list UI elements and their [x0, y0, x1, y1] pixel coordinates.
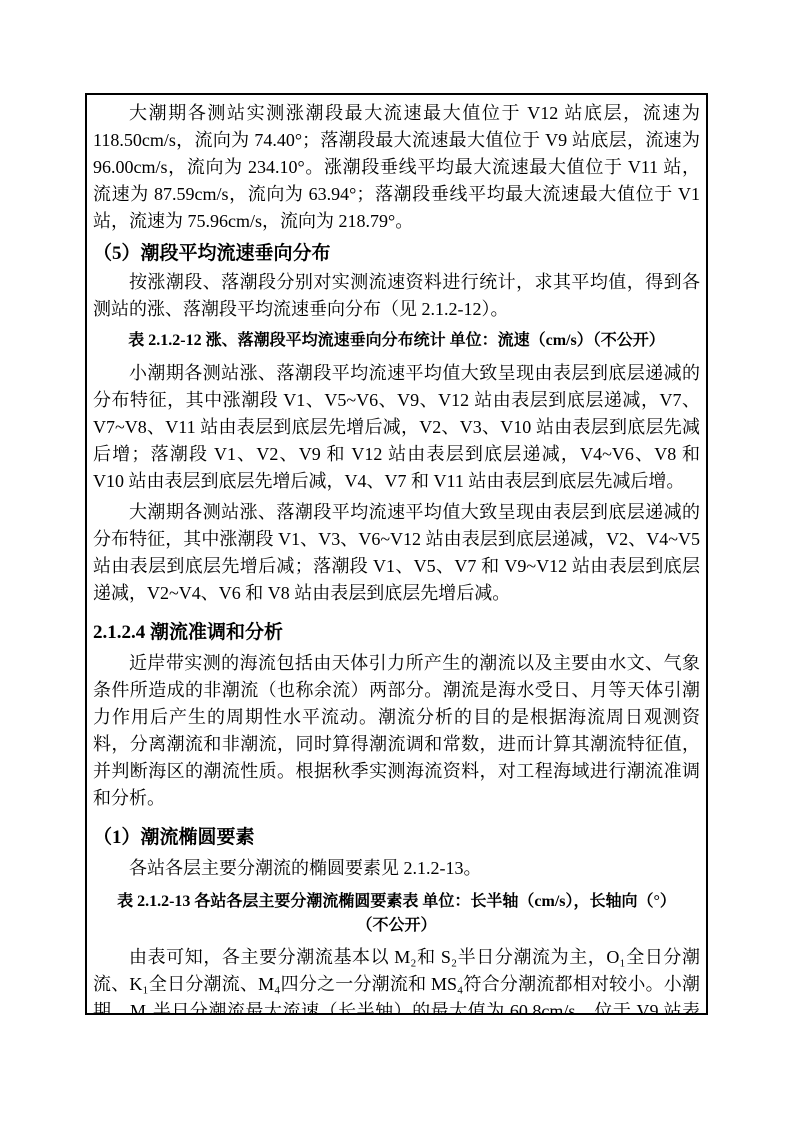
paragraph-constituent-analysis: 由表可知，各主要分潮流基本以 M₂和 S₂半日分潮流为主，O₁全日分潮流、K₁全… [93, 944, 700, 1015]
heading-tidal-current-ellipse: （1）潮流椭圆要素 [93, 824, 700, 851]
content-border-box: 大潮期各测站实测涨潮段最大流速最大值位于 V12 站底层，流速为 118.50c… [85, 93, 708, 1015]
heading-tide-stage-mean-velocity: （5）潮段平均流速垂向分布 [93, 240, 700, 267]
paragraph-spring-tide-vertical-distribution: 大潮期各测站涨、落潮段平均流速平均值大致呈现由表层到底层递减的分布特征，其中涨潮… [93, 499, 700, 607]
heading-2-1-2-4-quasi-harmonic-analysis: 2.1.2.4 潮流准调和分析 [93, 619, 700, 646]
paragraph-ellipse-reference: 各站各层主要分潮流的椭圆要素见 2.1.2-13。 [93, 855, 700, 882]
table-caption-2-1-2-13-title: 表 2.1.2-13 各站各层主要分潮流椭圆要素表 单位：长半轴（cm/s），长… [93, 890, 700, 914]
table-caption-2-1-2-13-confidential: （不公开） [93, 914, 700, 938]
table-caption-2-1-2-12: 表 2.1.2-12 涨、落潮段平均流速垂向分布统计 单位：流速（cm/s）（不… [93, 329, 700, 353]
paragraph-quasi-harmonic-intro: 近岸带实测的海流包括由天体引力所产生的潮流以及主要由水文、气象条件所造成的非潮流… [93, 650, 700, 812]
document-page: { "page": { "background": "#ffffff", "te… [0, 0, 793, 1122]
paragraph-statistics-method: 按涨潮段、落潮段分别对实测流速资料进行统计，求其平均值，得到各测站的涨、落潮段平… [93, 269, 700, 323]
paragraph-neap-tide-vertical-distribution: 小潮期各测站涨、落潮段平均流速平均值大致呈现由表层到底层递减的分布特征，其中涨潮… [93, 360, 700, 495]
paragraph-spring-tide-max-current: 大潮期各测站实测涨潮段最大流速最大值位于 V12 站底层，流速为 118.50c… [93, 100, 700, 235]
